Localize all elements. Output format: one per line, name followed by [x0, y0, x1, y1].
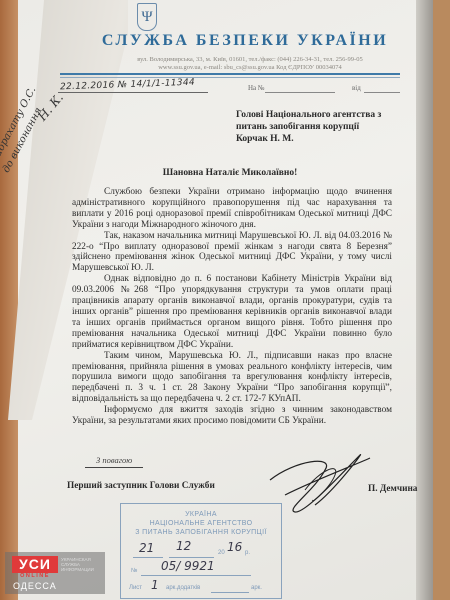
- stamp-day-line: [133, 557, 163, 558]
- registration-stamp: УКРАЇНА НАЦІОНАЛЬНЕ АГЕНТСТВО З ПИТАНЬ З…: [120, 503, 282, 599]
- stamp-year-prefix: 20: [218, 550, 225, 556]
- body-paragraph: Однак відповідно до п. 6 постанови Кабін…: [72, 274, 392, 350]
- salutation: Шановна Наталіє Миколаївно!: [60, 168, 400, 178]
- stamp-line-3: З ПИТАНЬ ЗАПОБІГАННЯ КОРУПЦІЇ: [121, 529, 281, 536]
- closing-underline: [85, 467, 143, 468]
- address-line-2: www.ssu.gov.ua, e-mail: sbu_cs@ssu.gov.u…: [100, 64, 400, 72]
- table-background: [0, 0, 20, 600]
- addressee-name: Корчак Н. М.: [236, 133, 436, 145]
- watermark-city: ОДЕССА: [13, 581, 57, 591]
- watermark-online: ONLINE: [12, 573, 58, 579]
- stamp-month: 12: [176, 539, 191, 553]
- stamp-day: 21: [139, 541, 154, 555]
- reference-date-label: від: [352, 84, 361, 92]
- stamp-month-line: [169, 557, 214, 558]
- stamp-sheets-label: Лист: [129, 585, 142, 591]
- reference-number-label: На №: [248, 84, 265, 92]
- stamp-number-label: №: [131, 568, 137, 574]
- stamp-number-line: [141, 575, 251, 576]
- stamp-sheets-suffix: арк.: [251, 585, 262, 591]
- stamp-year: 16: [227, 540, 242, 554]
- watermark-logo: УСИ ONLINE УКРАИНСКАЯ СЛУЖБА ИНФОРМАЦИИ …: [5, 552, 105, 594]
- organization-title: СЛУЖБА БЕЗПЕКИ УКРАЇНИ: [95, 32, 395, 50]
- watermark-brand: УСИ: [12, 556, 58, 573]
- letter-body: Службою безпеки України отримано інформа…: [72, 187, 392, 427]
- signer-title: Перший заступник Голови Служби: [67, 481, 215, 491]
- stamp-sheets: 1: [151, 578, 159, 592]
- stamp-line-1: УКРАЇНА: [121, 511, 281, 518]
- body-paragraph: Таким чином, Марушевська Ю. Л., підписав…: [72, 351, 392, 406]
- letterhead-divider-thin: [60, 77, 400, 78]
- closing-respect: З повагою: [96, 455, 132, 465]
- address-line-1: вул. Володимирська, 33, м. Київ, 01601, …: [100, 56, 400, 64]
- stamp-year-suffix: р.: [245, 550, 250, 556]
- body-paragraph: Інформуємо для вжиття заходів згідно з ч…: [72, 405, 392, 427]
- page-edge-shadow: [416, 0, 433, 600]
- signer-name: П. Демчина: [368, 484, 417, 494]
- addressee-line-2: питань запобігання корупції: [236, 121, 436, 133]
- body-paragraph: Службою безпеки України отримано інформа…: [72, 187, 392, 231]
- stamp-attachments-label: арк.додатків: [166, 585, 200, 591]
- registration-underline: [58, 92, 208, 93]
- watermark-description: УКРАИНСКАЯ СЛУЖБА ИНФОРМАЦИИ: [61, 557, 105, 572]
- body-paragraph: Так, наказом начальника митниці Марушевс…: [72, 231, 392, 275]
- addressee-block: Голові Національного агентства з питань …: [236, 109, 436, 145]
- stamp-attachments-line: [211, 592, 249, 593]
- reference-date-blank: [364, 92, 400, 93]
- stamp-number: 05/ 9921: [161, 559, 215, 573]
- addressee-line-1: Голові Національного агентства з: [236, 109, 436, 121]
- stamp-line-2: НАЦІОНАЛЬНЕ АГЕНТСТВО: [121, 520, 281, 527]
- trident-icon: Ψ: [137, 3, 157, 31]
- reference-number-blank: [265, 92, 335, 93]
- letterhead-divider: [60, 73, 400, 75]
- organization-address: вул. Володимирська, 33, м. Київ, 01601, …: [100, 56, 400, 71]
